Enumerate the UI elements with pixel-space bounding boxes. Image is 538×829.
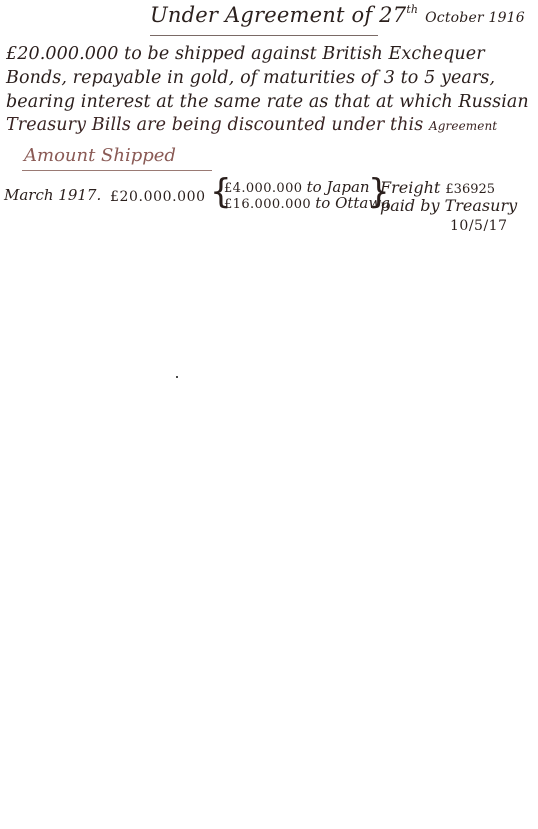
body-line-1: £20.000.000 to be shipped against Britis…: [6, 46, 485, 64]
split-ottawa-amount: £16.000.000: [224, 197, 311, 212]
split-ottawa: £16.000.000 to Ottawa: [224, 194, 390, 212]
subheading-underline: [22, 170, 212, 171]
annotation-date: 10/5/17: [450, 219, 507, 233]
heading-prefix: Under Agreement of 27: [150, 3, 406, 27]
heading-underline: [150, 35, 378, 36]
heading-ordinal: th: [406, 3, 418, 16]
body-line-3: bearing interest at the same rate as tha…: [6, 94, 529, 112]
document-heading: Under Agreement of 27th October 1916: [150, 4, 525, 26]
heading-suffix: October 1916: [425, 10, 525, 26]
freight-line: Freight £36925: [380, 178, 495, 197]
paper-speck: [176, 376, 178, 378]
amount-shipped-heading: Amount Shipped: [24, 147, 176, 165]
body-line-4: Treasury Bills are being discounted unde…: [6, 117, 497, 135]
body-line-4-last-word: Agreement: [429, 119, 497, 133]
freight-label: Freight: [380, 178, 440, 197]
shipment-amount: £20.000.000: [110, 190, 206, 204]
body-line-2: Bonds, repayable in gold, of maturities …: [6, 70, 495, 88]
shipment-date: March 1917.: [4, 188, 101, 203]
freight-paid-by: paid by Treasury: [380, 196, 517, 215]
body-line-4-text: Treasury Bills are being discounted unde…: [6, 115, 423, 135]
freight-amount: £36925: [445, 182, 495, 197]
